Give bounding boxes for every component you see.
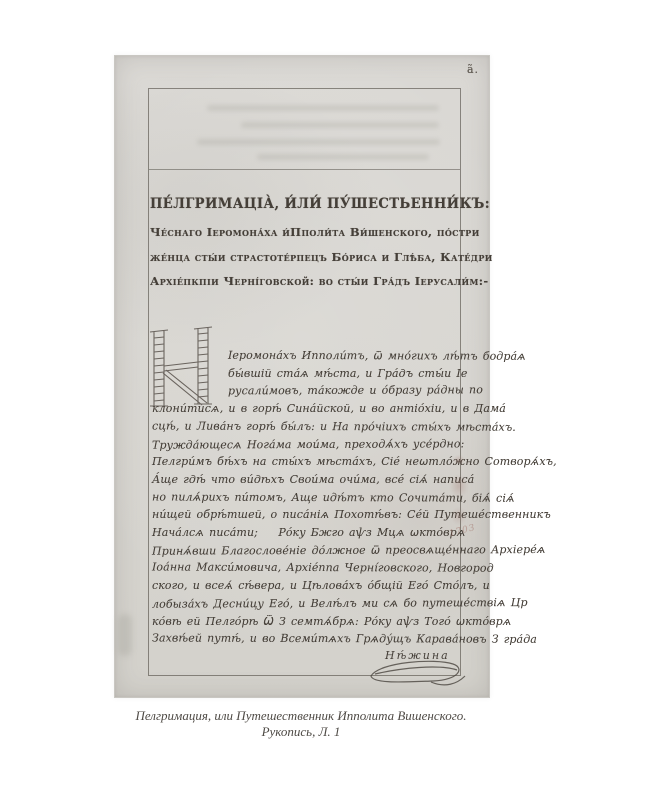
caption-line-1: Пелгримация, или Путешественник Ипполита… <box>114 708 488 724</box>
signature-flourish-icon <box>361 654 469 690</box>
manuscript-line: Принѧ́вши Благослове́ніе до́лжное ѿ прео… <box>152 541 458 560</box>
manuscript-line: ко́вѣ ей Пелго́рѣ Ѿ З семтѧ́брѧ: Ро́ку а… <box>152 613 458 631</box>
library-stamp <box>439 452 483 536</box>
manuscript-line: А́ще гдѣ́ что ви́дѣхъ Свои́ма очи́ма, вс… <box>152 471 458 489</box>
manuscript-line: ского, и всеѧ́ сѣ́вера, и Цѣлова́хъ о́бщ… <box>152 577 458 595</box>
manuscript-line: клони́тисѧ, и в горѣ́ Сина́йской, и во а… <box>152 400 458 418</box>
manuscript-line: Захвѣ́ей путѣ́, и во Всеми́тѧхъ Грѧду́щъ… <box>152 630 458 649</box>
manuscript-line: Тружда́ющесѧ Нога́ма мои́ма, преходѧ́хъ … <box>152 435 458 454</box>
manuscript-title-line: же́нца сты́и страстоте́рпецъ Бо́риса и Г… <box>150 245 462 270</box>
showthrough-streak <box>257 154 429 160</box>
manuscript-line: лобыза́хъ Десни́цу Его́, и Велѣ́лъ ми сѧ… <box>152 594 458 613</box>
manuscript-title-line: Пе́лгримаціа̀, и́ли́ Пу́шестьенни́къ: <box>150 188 443 220</box>
manuscript-title-line: Архіе́пкпіи Черні́говской: во сты́и Гра́… <box>150 269 462 294</box>
manuscript-title-line: Че́снаго Іеромона́ха и́Пполи́та Ви́шенск… <box>150 220 462 245</box>
manuscript-line: бы́вшій ста́ѧ мѣ́ста, и Гра́дъ сты́и Іе <box>152 365 458 383</box>
showthrough-streak <box>197 139 440 145</box>
manuscript-line: Пелгри́мъ бѣ́хъ на сты́хъ мѣста́хъ, Сіе́… <box>152 453 458 471</box>
ink-smudge <box>118 614 132 656</box>
manuscript-line: сцѣ́, и Лива́нъ горѣ́ бы́лъ: и На про́чі… <box>152 417 458 436</box>
manuscript-line: Нача́лсѧ писа́ти; Ро́ку Бжго аѱз Мцѧ ѡкт… <box>152 524 458 542</box>
manuscript-line: Іеромона́хъ Ипполи́тъ, ѿ мно́гихъ лѣ́тъ … <box>152 346 458 365</box>
manuscript-photo: а̃. Пе́лгримаціа̀, и́ли́ Пу́шестьенни́къ… <box>114 55 490 698</box>
figure-caption: Пелгримация, или Путешественник Ипполита… <box>114 708 488 739</box>
showthrough-streak <box>241 122 439 128</box>
band-divider-rule <box>149 169 460 170</box>
book-page: а̃. Пе́лгримаціа̀, и́ли́ Пу́шестьенни́къ… <box>0 0 667 800</box>
manuscript-line: ни́щей обрѣ́тшей, о писа́ніѧ Похотѣ́въ: … <box>152 506 458 524</box>
manuscript-line: но пилѧ́рихъ пи́томъ, Аще идѣ́тъ кто Соч… <box>152 488 458 507</box>
manuscript-line: русали́мовъ, та́кожде и о́бразу ра́дны п… <box>152 382 458 401</box>
showthrough-streak <box>207 105 439 111</box>
manuscript-body: Іеромона́хъ Ипполи́тъ, ѿ мно́гихъ лѣ́тъ … <box>152 347 458 648</box>
manuscript-line: Іоа́нна Макси́мовича, Архіе́ппа Черні́го… <box>152 559 458 578</box>
manuscript-title-block: Пе́лгримаціа̀, и́ли́ Пу́шестьенни́къ: Че… <box>150 188 462 294</box>
folio-mark: а̃. <box>467 63 479 76</box>
caption-line-2: Рукопись, Л. 1 <box>114 724 488 740</box>
